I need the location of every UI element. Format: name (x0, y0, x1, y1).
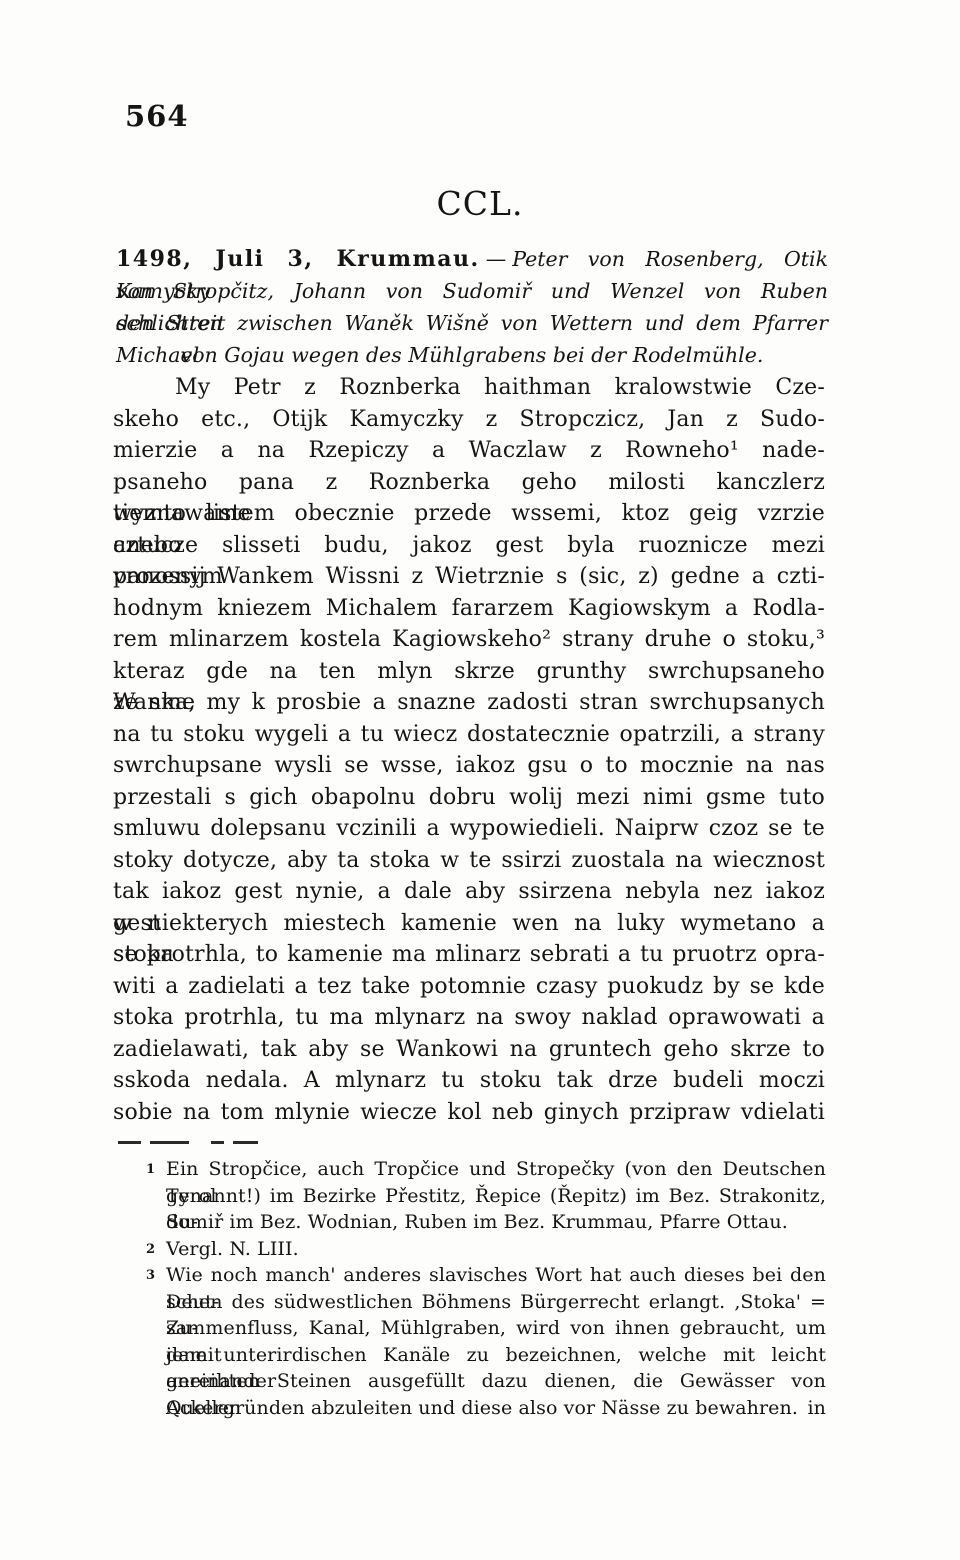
footnote-marker: 1 (146, 1157, 155, 1184)
charter-line: przestali s gich obapolnu dobru wolij me… (113, 782, 825, 814)
footnote-line: 2Vergl. N. LIII. (166, 1236, 826, 1263)
regest-line: den Streit zwischen Waněk Wišně von Wett… (116, 307, 828, 339)
footnote-line: jene unterirdischen Kanäle zu bezeichnen… (166, 1342, 826, 1369)
charter-line: My Petr z Roznberka haithman kralowstwie… (113, 372, 825, 404)
charter-line: tak iakoz gest nynie, a dale aby ssirzen… (113, 876, 825, 908)
scanned-book-page: 564 CCL. 1498, Juli 3, Krummau.—Peter vo… (0, 0, 960, 1560)
regest-dateline: 1498, Juli 3, Krummau. (116, 246, 480, 272)
charter-line: panossij Wankem Wissni z Wietrznie s (si… (113, 561, 825, 593)
footnote-marker: 3 (146, 1263, 155, 1290)
charter-line: stoky dotycze, aby ta stoka w te ssirzi … (113, 845, 825, 877)
charter-line: zadielawati, tak aby se Wankowi na grunt… (113, 1034, 825, 1066)
charter-line: swrchupsane wysli se wsse, iakoz gsu o t… (113, 750, 825, 782)
footnote-line: Ackergründen abzuleiten und diese also v… (166, 1395, 826, 1422)
charter-text-block: My Petr z Roznberka haithman kralowstwie… (113, 372, 825, 1128)
charter-line: ze sme my k prosbie a snazne zadosti str… (113, 687, 825, 719)
footnote-marker: 2 (146, 1237, 155, 1264)
charter-line: kteraz gde na ten mlyn skrze grunthy swr… (113, 656, 825, 688)
charter-line: stoka protrhla, tu ma mlynarz na swoy na… (113, 1002, 825, 1034)
charter-line: tiemto listem obecznie przede wssemi, kt… (113, 498, 825, 530)
charter-line: cztucze slisseti budu, jakoz gest byla r… (113, 530, 825, 562)
page-number: 564 (125, 99, 189, 133)
regest-line: von Gojau wegen des Mühlgrabens bei der … (116, 339, 828, 371)
footnote-line: schen des südwestlichen Böhmens Bürgerre… (166, 1289, 826, 1316)
regest-line: von Stropčitz, Johann von Sudomiř und We… (116, 275, 828, 307)
footnote-divider (118, 1141, 258, 1144)
footnote-line: gereihten Steinen ausgefüllt dazu dienen… (166, 1368, 826, 1395)
charter-line: se protrhla, to kamenie ma mlinarz sebra… (113, 939, 825, 971)
charter-line: na tu stoku wygeli a tu wiecz dostateczn… (113, 719, 825, 751)
regest-line: 1498, Juli 3, Krummau.—Peter von Rosenbe… (116, 243, 828, 275)
charter-line: rem mlinarzem kostela Kagiowskeho² stran… (113, 624, 825, 656)
footnote-line: domiř im Bez. Wodnian, Ruben im Bez. Kru… (166, 1209, 826, 1236)
footnote-line: 3Wie noch manch' anderes slavisches Wort… (166, 1262, 826, 1289)
charter-line: psaneho pana z Roznberka geho milosti ka… (113, 467, 825, 499)
charter-line: mierzie a na Rzepiczy a Waczlaw z Rowneh… (113, 435, 825, 467)
charter-line: skeho etc., Otijk Kamyczky z Stropczicz,… (113, 404, 825, 436)
charter-line: smluwu dolepsanu vczinili a wypowiedieli… (113, 813, 825, 845)
footnote-line: 1Ein Stropčice, auch Tropčice und Strope… (166, 1156, 826, 1183)
footnote-line: genannt!) im Bezirke Přestitz, Řepice (Ř… (166, 1183, 826, 1210)
charter-line: w niekterych miestech kamenie wen na luk… (113, 908, 825, 940)
charter-line: witi a zadielati a tez take potomnie cza… (113, 971, 825, 1003)
charter-line: sskoda nedala. A mlynarz tu stoku tak dr… (113, 1065, 825, 1097)
charter-line: sobie na tom mlynie wiecze kol neb ginyc… (113, 1097, 825, 1129)
footnote-line: sammenfluss, Kanal, Mühlgraben, wird von… (166, 1315, 826, 1342)
section-heading: CCL. (0, 184, 960, 223)
charter-line: hodnym kniezem Michalem fararzem Kagiows… (113, 593, 825, 625)
regest-dash: — (480, 247, 513, 271)
footnotes-block: 1Ein Stropčice, auch Tropčice und Strope… (166, 1156, 826, 1421)
regest-summary: 1498, Juli 3, Krummau.—Peter von Rosenbe… (116, 243, 828, 371)
